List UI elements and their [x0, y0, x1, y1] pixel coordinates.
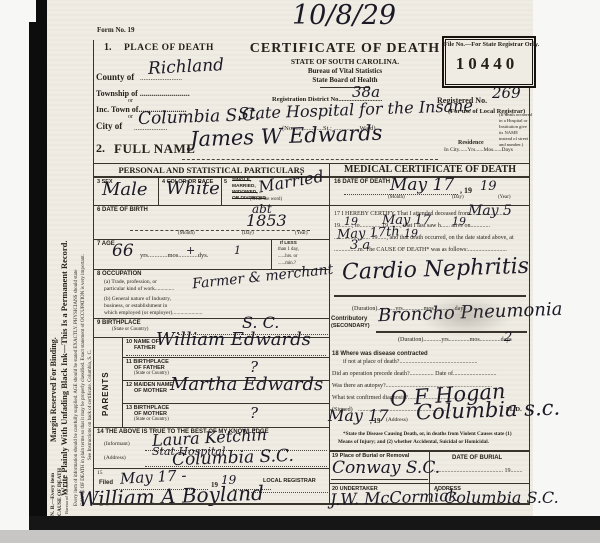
date-of-death-value: May 17	[390, 177, 454, 194]
margin-nb-note-3: Bureau of Columbia	[64, 434, 69, 514]
scan-smudge	[420, 296, 512, 336]
secondary-label: (SECONDARY)	[331, 323, 370, 329]
date-of-burial-label: DATE OF BURIAL	[452, 455, 502, 462]
undertaker-address-value: Columbia S.C.	[444, 490, 559, 506]
mother-name-label2: OF MOTHER	[134, 388, 167, 394]
burial-place-value: Conway S.C.	[332, 460, 440, 477]
scan-bottom-gray	[0, 530, 600, 543]
county-label: County of	[96, 72, 134, 82]
state-line: STATE OF SOUTH CAROLINA.	[240, 58, 450, 67]
margin-binding-note: Margin Reserved For Binding.	[49, 112, 58, 442]
if-less-line1: If LESS	[280, 241, 297, 247]
date-of-burial-line: ........................................…	[434, 468, 523, 475]
occupation-a-line1: (a) Trade, profession, or	[104, 279, 157, 285]
age-months-mark: +	[186, 245, 195, 256]
form-right-border	[529, 88, 530, 503]
binding-strip-top	[36, 0, 47, 26]
marital-option-widowed: WIDOWED,	[232, 190, 258, 196]
age-days-mark: 1	[234, 245, 241, 256]
margin-tiny-note-2: CAUSE OF DEATH in plain terms so that it…	[81, 56, 87, 506]
certificate-title: CERTIFICATE OF DEATH	[240, 41, 450, 57]
or-label-1: or	[128, 98, 133, 105]
county-dotted-line: ........................	[140, 74, 182, 82]
where-contracted-line2: if not at place of death?...............…	[343, 359, 477, 366]
occupation-b-line1: (b) General nature of Industry,	[104, 296, 171, 302]
residence-line: In City......Yrs......Mos......Days	[444, 147, 513, 153]
operation-line: Did an operation precede death?.........…	[332, 371, 496, 378]
section-2-number: 2.	[96, 142, 105, 156]
sex-value: Male	[102, 181, 148, 199]
physician-address-value: Columbia s.c.	[416, 397, 561, 423]
dob-label: 6 DATE OF BIRTH	[97, 207, 148, 214]
rule-dob-bottom	[93, 239, 330, 240]
hospital-name-note: (If death occurred in a Hospital or Inst…	[499, 112, 532, 148]
full-name-label: FULL NAME	[114, 142, 195, 157]
certify-year1-value: 19	[344, 216, 358, 227]
rule-father-bottom	[122, 357, 330, 358]
medical-certificate-header: MEDICAL CERTIFICATE OF DEATH	[330, 164, 530, 176]
dob-dashed-line	[130, 229, 310, 231]
local-registrar-label: LOCAL REGISTRAR	[263, 478, 316, 484]
dob-day-caption: (Day)	[242, 231, 254, 237]
place-of-death-title: PLACE OF DEATH	[124, 43, 214, 54]
divider-sex-race	[158, 177, 159, 205]
mother-birthplace-value: ?	[250, 406, 258, 421]
certify-lastsaw-year-value: 19	[404, 228, 418, 239]
registrar-signature: William A Boyland	[78, 483, 264, 509]
rule-occupation-bottom	[93, 318, 330, 319]
dod-year-caption: (Year)	[498, 195, 511, 201]
dob-month-caption: (Month)	[178, 231, 195, 237]
where-contracted-line1: 18 Where was disease contracted	[332, 351, 428, 358]
marital-number: 5	[224, 179, 227, 185]
margin-tiny-note-1: Every item of information should be care…	[74, 56, 80, 506]
age-value: 66	[112, 243, 134, 260]
file-number-value: 10440	[444, 54, 530, 74]
scan-bottom-bar	[29, 516, 600, 530]
mother-birthplace-note: (State or Country)	[134, 417, 169, 423]
mother-name-value: Martha Edwards	[170, 376, 323, 394]
binding-black-strip	[29, 22, 47, 516]
contributory-label: Contributory	[331, 316, 367, 323]
date-of-death-label: 16 DATE OF DEATH	[334, 179, 390, 186]
father-name-value: William Edwards	[156, 331, 311, 349]
file-number-label: File No.—For State Registrar Only.	[444, 41, 530, 48]
registered-number-label: Registered No.	[437, 96, 487, 105]
if-less-line2: than 1 day,	[278, 247, 299, 253]
township-label: Township of .........................	[96, 89, 190, 98]
rule-under-burial-value	[331, 479, 428, 480]
form-number: Form No. 19	[97, 26, 135, 34]
rule-sex-row-bottom	[93, 205, 330, 206]
rule-burial-row-bottom	[329, 483, 530, 484]
signed-19-print: , 19	[370, 417, 381, 425]
contributory-duration-line: (Duration)............yrs..............m…	[398, 337, 512, 344]
occupation-a-line2: particular kind of work..............	[104, 286, 174, 292]
occupation-label: 8 OCCUPATION	[97, 271, 141, 278]
form-left-border	[93, 40, 94, 503]
filed-section-number: 15	[97, 470, 103, 476]
age-units-line: yrs............mos............dys.	[140, 252, 208, 259]
birthplace-note: (State or Country)	[112, 327, 148, 333]
occupation-b-line2: business, or establishment in	[104, 303, 167, 309]
dod-year-value: 19	[480, 180, 497, 193]
registration-district-value: 38a	[352, 85, 380, 100]
parents-vertical-label: PARENTS	[101, 352, 110, 416]
father-birthplace-value: ?	[250, 360, 258, 375]
full-name-underline	[182, 158, 438, 160]
city-dotted-line: ...................	[134, 124, 167, 132]
rule-mother-bottom	[122, 403, 330, 404]
footnote-line1: *State the Disease Causing Death, or, in…	[343, 432, 512, 438]
marital-option-single: SINGLE,	[232, 178, 251, 184]
death-hour-value: 3 a	[350, 239, 370, 252]
column-divider	[329, 163, 330, 503]
margin-nb-note-2: CAUSE OF DEATH	[57, 428, 63, 516]
informant-label: (Informant)	[104, 441, 130, 447]
contributory-duration-days-value: 2	[504, 331, 512, 344]
handwritten-scan-date: 10/8/29	[292, 2, 396, 29]
marital-option-married: MARRIED,	[232, 184, 256, 190]
dob-year-caption: (Year)	[295, 231, 308, 237]
or-label-2: or	[128, 114, 133, 121]
birthplace-label: 9 BIRTHPLACE	[97, 320, 141, 327]
divider-age-ifless	[271, 239, 272, 269]
dob-year-value: 1853	[246, 213, 287, 229]
registered-number-value: 269	[492, 86, 521, 101]
margin-nb-note-1: N. B.—Every item	[50, 428, 56, 516]
occupation-b-line3: which employed (or employer)............…	[104, 310, 203, 316]
father-dotted-line	[126, 354, 326, 356]
city-label: City of	[96, 121, 122, 131]
residence-label: Residence	[458, 140, 484, 147]
father-birthplace-note: (State or Country)	[134, 371, 169, 377]
certify-year2-value: 19	[452, 216, 466, 227]
dod-19-print: , 19	[460, 186, 472, 195]
dod-month-caption: (Month)	[388, 195, 405, 201]
signed-address-label: (Address)	[386, 417, 408, 423]
dod-day-caption: (Day)	[452, 195, 464, 201]
informant-address-label: (Address)	[104, 455, 126, 461]
certify-from-value: May 5	[468, 204, 512, 218]
if-less-line3: ......hrs. or	[278, 254, 297, 260]
race-value: White	[166, 180, 220, 198]
board-line: State Board of Health	[240, 76, 450, 84]
parents-inner-divider	[122, 337, 123, 427]
footnote-line2: Means of Injury; and (2) whether Acciden…	[338, 440, 489, 446]
bureau-line: Bureau of Vital Statistics	[240, 67, 450, 75]
death-certificate-scan: Margin Reserved For Binding. Write Plain…	[0, 0, 600, 543]
rule-under-cause	[334, 295, 526, 297]
divider-race-marital	[221, 177, 222, 205]
section-1-number: 1.	[104, 42, 112, 54]
father-name-label2: FATHER	[134, 345, 156, 351]
